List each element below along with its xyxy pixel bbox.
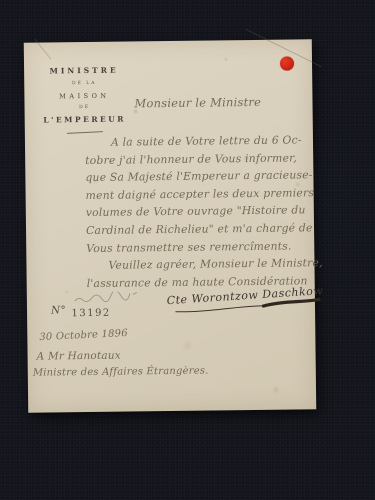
letter-paper: MINISTRE DE LA MAISON DE L'EMPEREUR Mons… xyxy=(24,39,316,412)
red-seal-dot xyxy=(280,56,294,70)
registry-date: 30 Octobre 1896 xyxy=(39,328,128,343)
paper-crease-top-left xyxy=(34,39,51,60)
letterhead-line: L'EMPEREUR xyxy=(37,114,133,124)
photo-background: MINISTRE DE LA MAISON DE L'EMPEREUR Mons… xyxy=(0,0,375,500)
registry-number-value: 13192 xyxy=(71,308,110,319)
letterhead-line: DE LA xyxy=(36,80,132,86)
body-line: Cardinal de Richelieu" et m'a chargé de xyxy=(86,219,308,239)
registry-recipient: A Mr Hanotaux xyxy=(37,350,121,363)
letterhead-line: MAISON xyxy=(36,91,132,100)
salutation: Monsieur le Ministre xyxy=(134,95,261,111)
body-line: A la suite de Votre lettre du 6 Oc- xyxy=(85,131,307,151)
registry-number-label: N° xyxy=(51,304,66,316)
letterhead: MINISTRE DE LA MAISON DE L'EMPEREUR xyxy=(36,65,133,133)
letter-body: A la suite de Votre lettre du 6 Oc- tobr… xyxy=(85,131,309,292)
letterhead-line: DE xyxy=(37,104,133,110)
letterhead-line: MINISTRE xyxy=(36,65,132,75)
registry-recipient-title: Ministre des Affaires Étrangères. xyxy=(33,366,209,379)
registry-number: N° 13192 xyxy=(51,304,109,317)
